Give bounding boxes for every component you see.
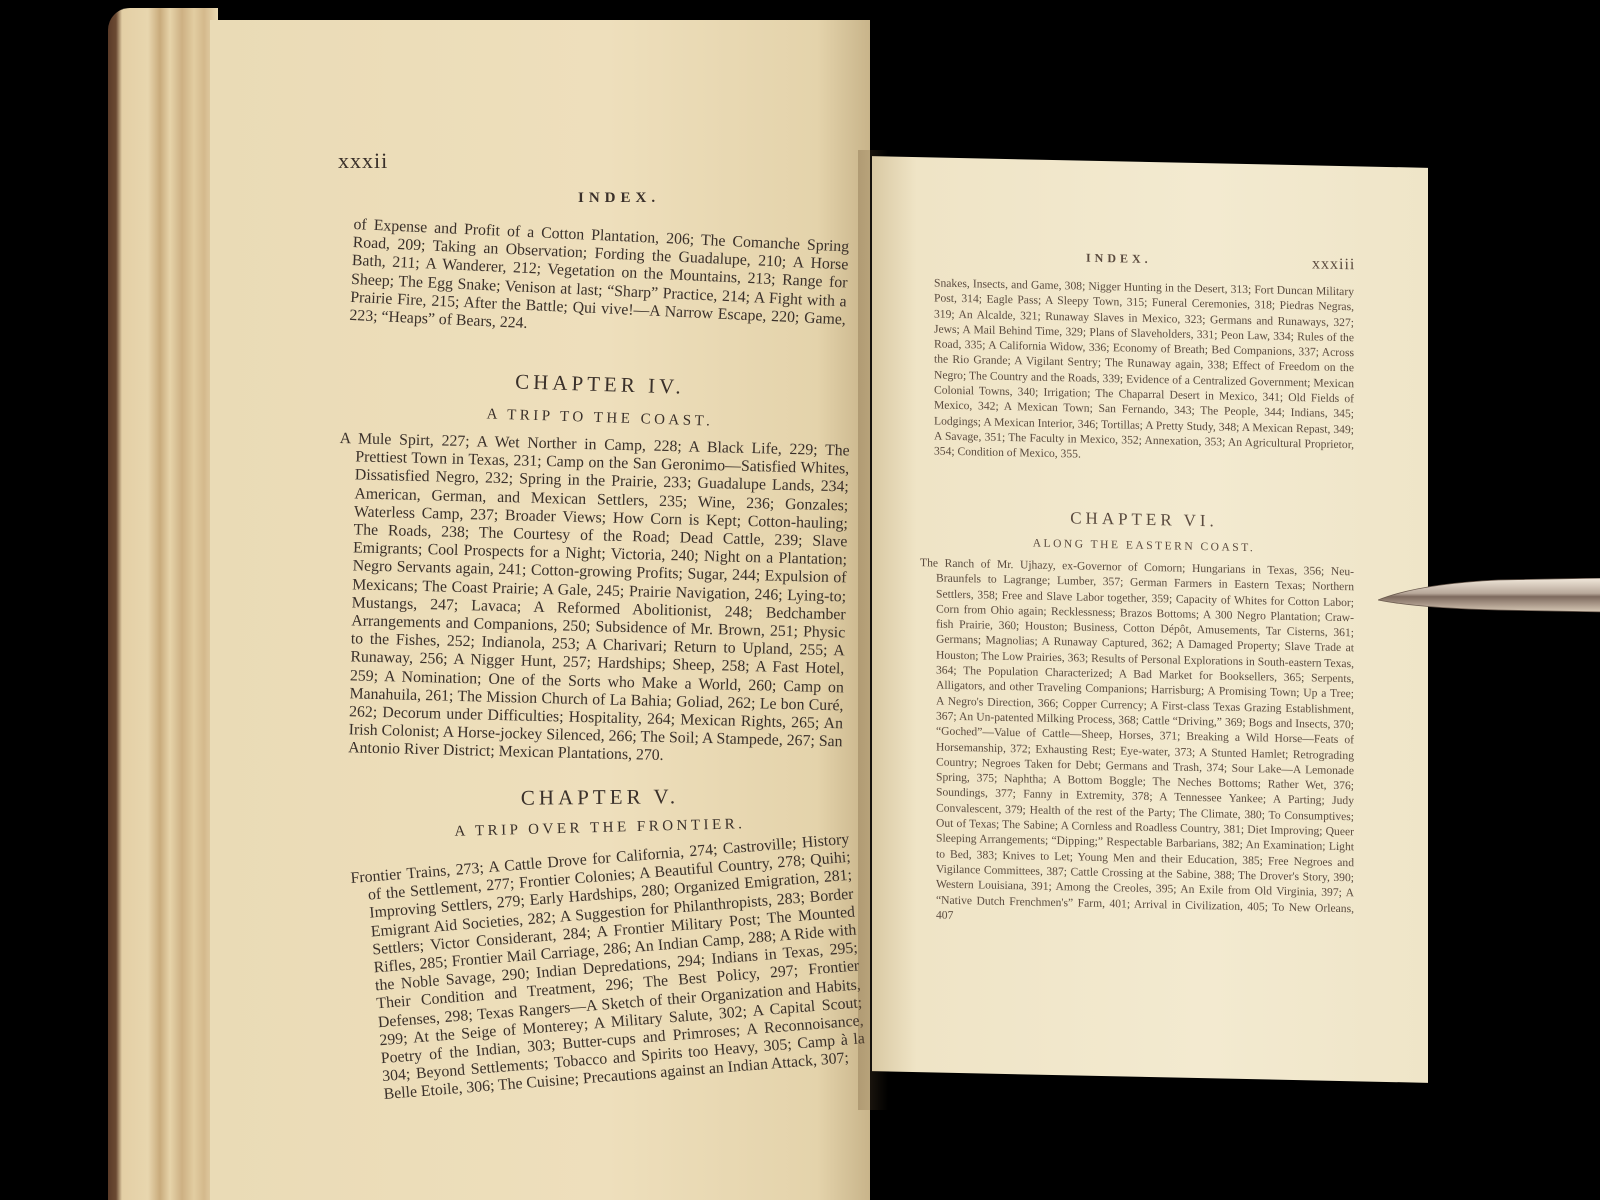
chapter-title: ALONG THE EASTERN COAST. xyxy=(934,535,1354,556)
left-page: xxxii INDEX. of Expense and Profit of a … xyxy=(210,20,870,1200)
chapter-entries: The Ranch of Mr. Ujhazy, ex-Governor of … xyxy=(920,555,1354,931)
chapter-heading: CHAPTER VI. xyxy=(934,505,1354,534)
running-head-right: INDEX. xyxy=(1086,251,1152,267)
running-head-left: INDEX. xyxy=(578,190,660,207)
page-number-left: xxxii xyxy=(338,148,388,174)
open-book: xxxii INDEX. of Expense and Profit of a … xyxy=(0,0,1600,1200)
chapter-entries: Frontier Trains, 273; A Cattle Drove for… xyxy=(350,831,867,1106)
page-number-right: xxxiii xyxy=(1312,255,1355,274)
right-page: INDEX. xxxiii Snakes, Insects, and Game,… xyxy=(872,156,1428,1083)
chapter-heading: CHAPTER V. xyxy=(360,783,840,812)
chapter-entries: A Mule Spirt, 227; A Wet Norther in Camp… xyxy=(332,430,850,770)
chapter-title: A TRIP TO THE COAST. xyxy=(360,402,840,434)
letter-opener-blade xyxy=(1378,578,1600,614)
index-continuation-right: Snakes, Insects, and Game, 308; Nigger H… xyxy=(934,275,1354,467)
index-continuation-left: of Expense and Profit of a Cotton Planta… xyxy=(349,216,849,348)
page-edges xyxy=(108,8,218,1200)
chapter-heading: CHAPTER IV. xyxy=(360,364,841,404)
